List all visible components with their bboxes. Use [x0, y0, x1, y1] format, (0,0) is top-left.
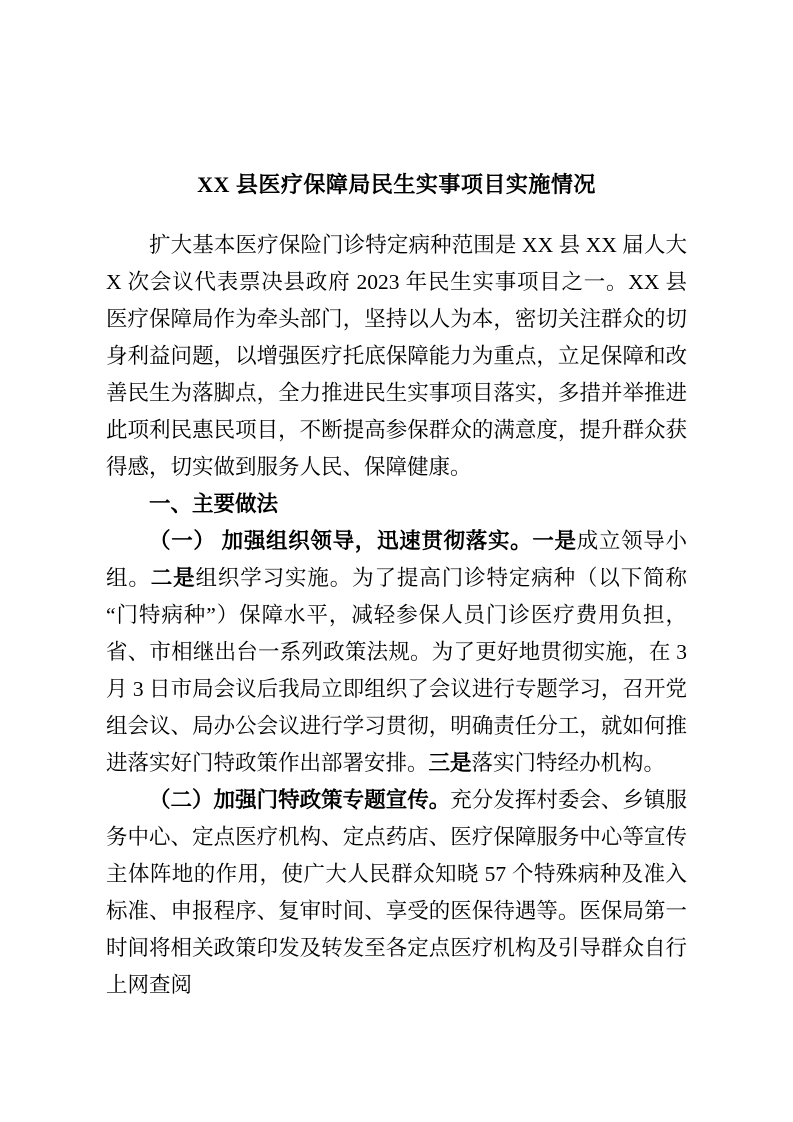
text-run: 落实门特经办机构。 [472, 751, 666, 775]
paragraph: 扩大基本医疗保险门诊特定病种范围是 XX 县 XX 届人大 X 次会议代表票决县… [106, 227, 687, 486]
bold-text-run: （二）加强门特政策专题宣传。 [149, 788, 450, 812]
bold-text-run: 一、主要做法 [149, 492, 278, 516]
text-run: 组织学习实施。为了提高门诊特定病种（以下简称“门特病种”）保障水平，减轻参保人员… [106, 566, 687, 775]
document-body: 扩大基本医疗保险门诊特定病种范围是 XX 县 XX 届人大 X 次会议代表票决县… [106, 227, 687, 1004]
section-heading: 一、主要做法 [106, 486, 687, 523]
paragraph: （一） 加强组织领导，迅速贯彻落实。一是成立领导小组。二是组织学习实施。为了提高… [106, 523, 687, 782]
text-run: 扩大基本医疗保险门诊特定病种范围是 XX 县 XX 届人大 X 次会议代表票决县… [106, 233, 687, 479]
text-run: 充分发挥村委会、乡镇服务中心、定点医疗机构、定点药店、医疗保障服务中心等宣传主体… [106, 788, 687, 997]
bold-text-run: 二是 [151, 566, 196, 590]
document-title: XX 县医疗保障局民生实事项目实施情况 [106, 166, 687, 203]
document-page: XX 县医疗保障局民生实事项目实施情况 扩大基本医疗保险门诊特定病种范围是 XX… [0, 0, 793, 1122]
bold-text-run: 三是 [429, 751, 472, 775]
bold-text-run: （一） 加强组织领导，迅速贯彻落实。一是 [149, 529, 577, 553]
paragraph: （二）加强门特政策专题宣传。充分发挥村委会、乡镇服务中心、定点医疗机构、定点药店… [106, 782, 687, 1004]
